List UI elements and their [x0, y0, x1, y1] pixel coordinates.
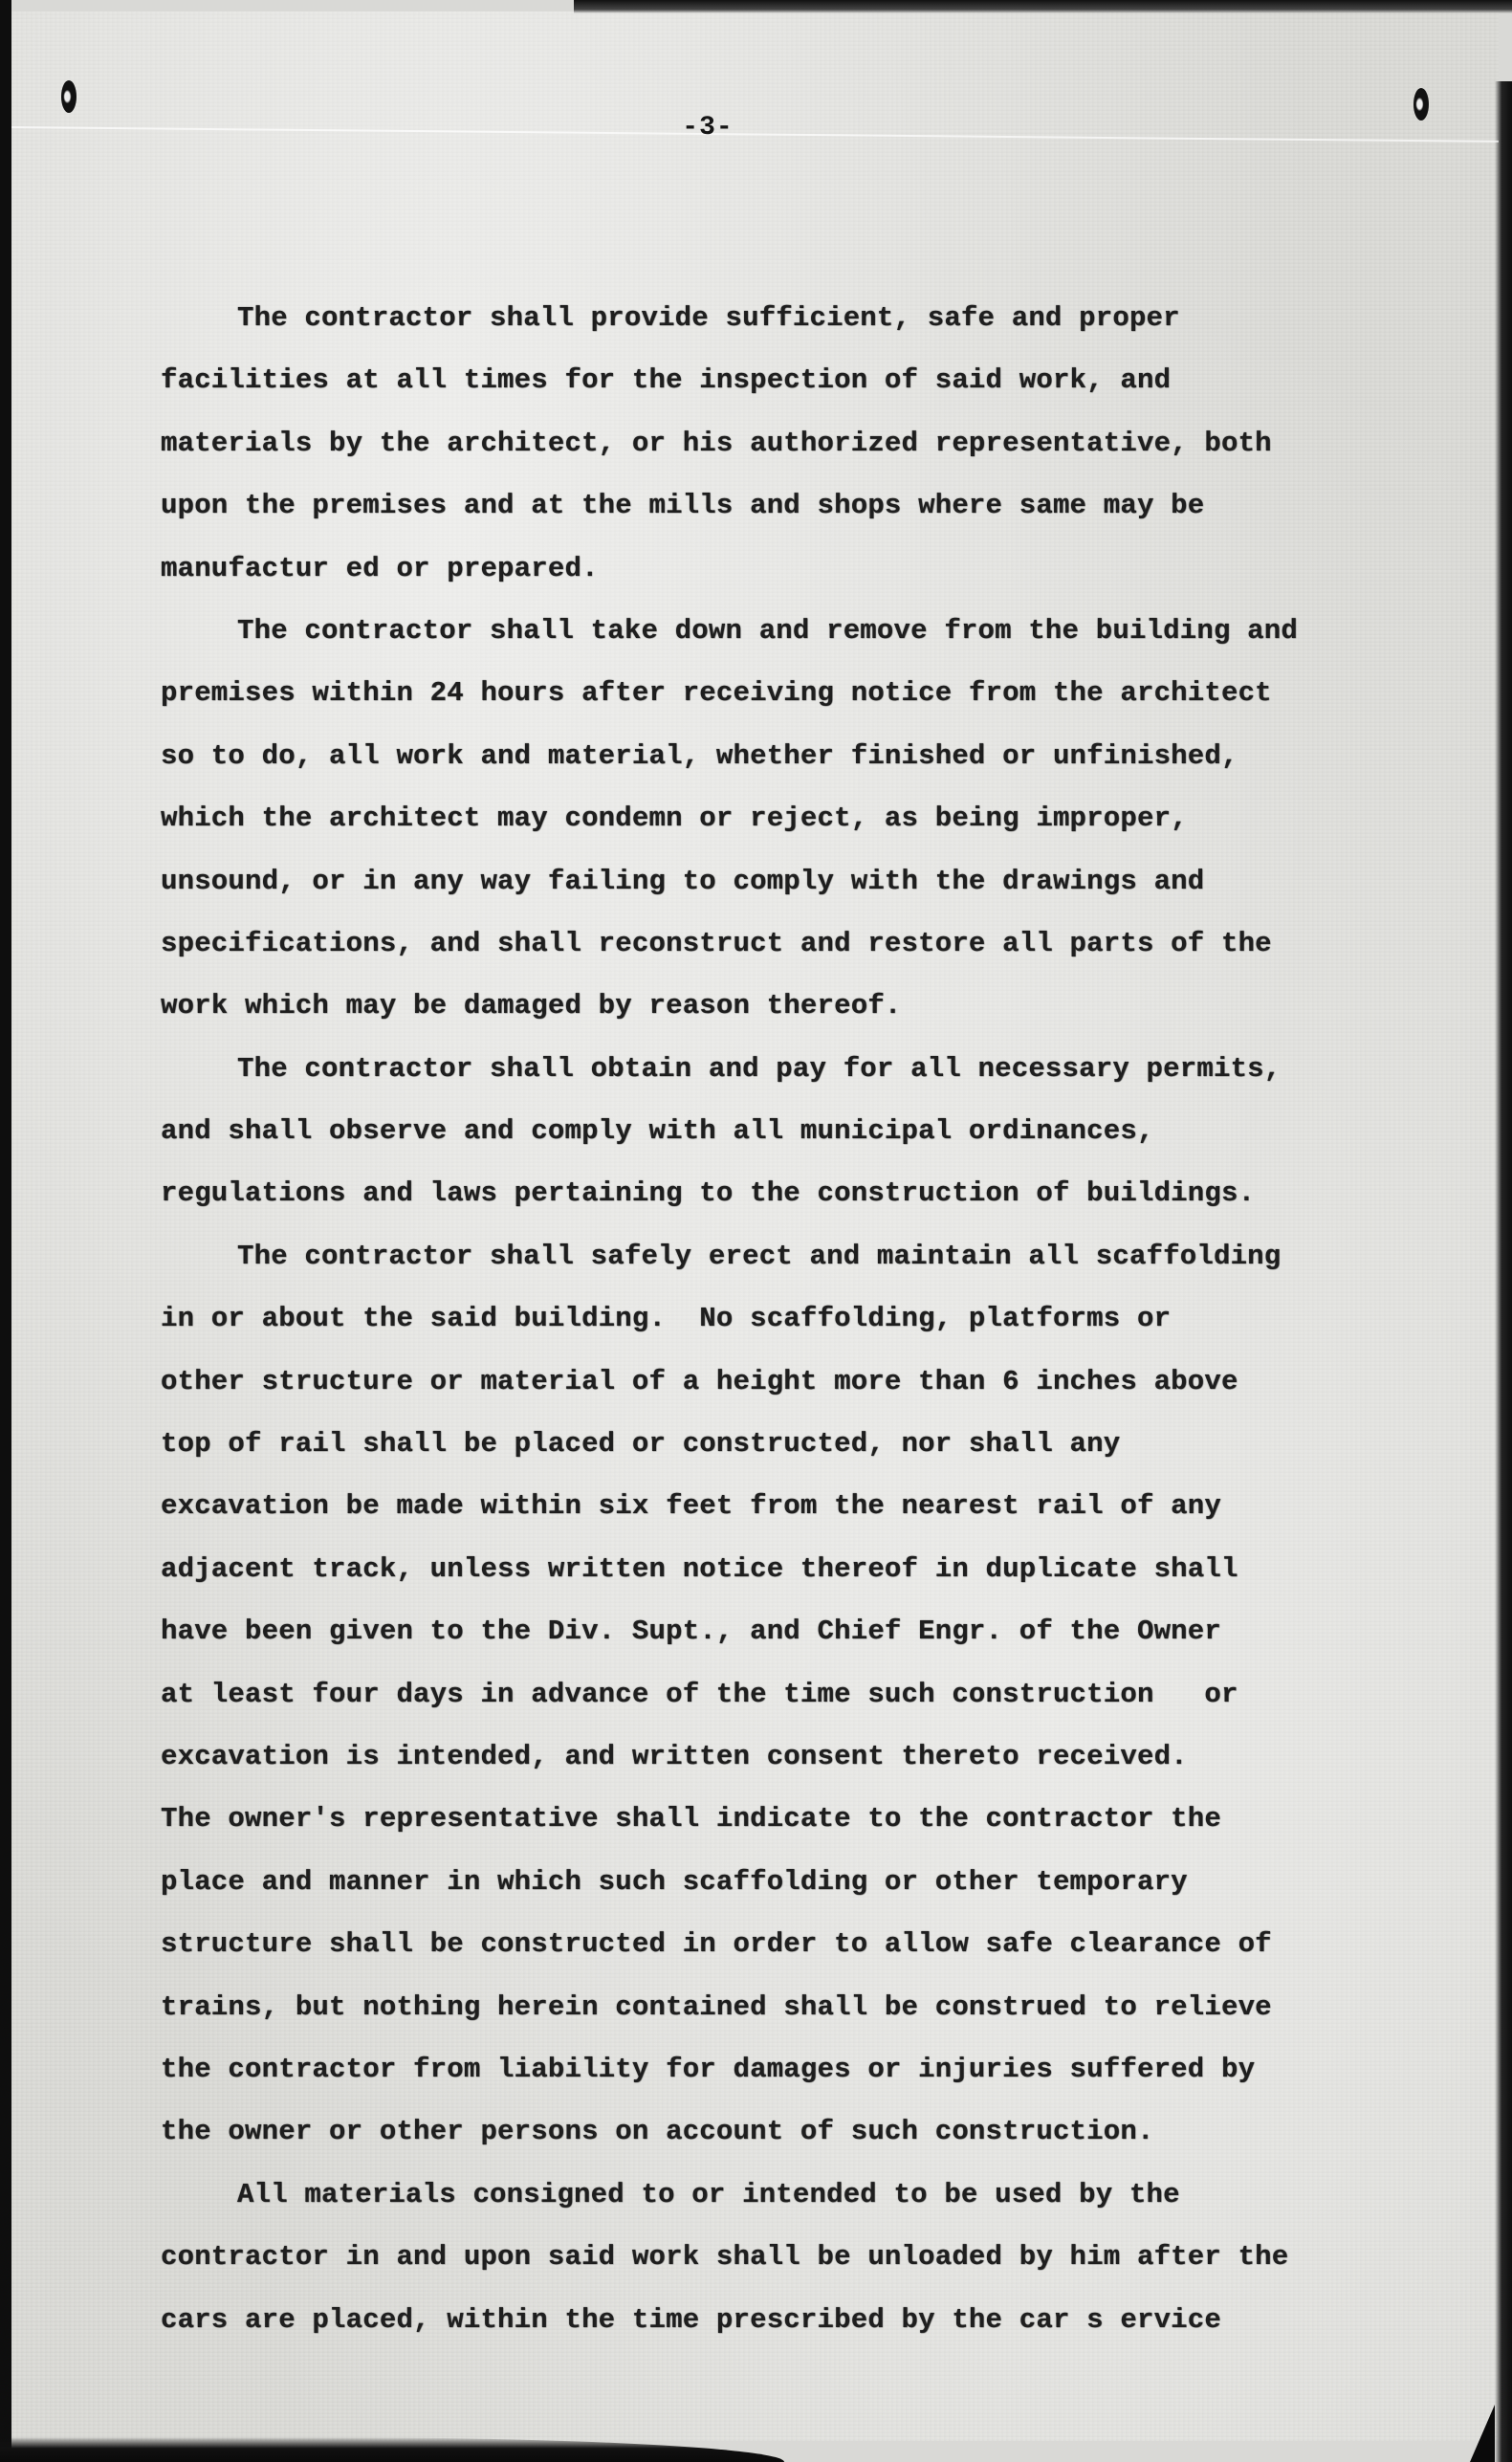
text-line: contractor in and upon said work shall b…	[161, 2226, 1461, 2288]
scan-border-left	[0, 0, 11, 2462]
text-line: materials by the architect, or his autho…	[161, 412, 1461, 474]
text-line: The contractor shall provide sufficient,…	[161, 287, 1461, 349]
text-line: place and manner in which such scaffoldi…	[161, 1851, 1461, 1913]
text-line: at least four days in advance of the tim…	[161, 1663, 1461, 1726]
scan-border-right	[1495, 81, 1512, 2462]
text-line: The owner's representative shall indicat…	[161, 1788, 1461, 1850]
text-line: top of rail shall be placed or construct…	[161, 1413, 1461, 1475]
text-line: the contractor from liability for damage…	[161, 2038, 1461, 2100]
text-line: have been given to the Div. Supt., and C…	[161, 1600, 1461, 1662]
text-line: other structure or material of a height …	[161, 1351, 1461, 1413]
typewritten-body: The contractor shall provide sufficient,…	[161, 287, 1461, 2351]
scanned-document: -3- The contractor shall provide suffici…	[0, 0, 1512, 2462]
text-line: structure shall be constructed in order …	[161, 1913, 1461, 1975]
punch-hole-left-icon	[61, 80, 77, 113]
text-line: upon the premises and at the mills and s…	[161, 474, 1461, 537]
scan-border-top	[574, 0, 1512, 13]
punch-hole-right-icon	[1413, 88, 1429, 121]
paragraph: The contractor shall obtain and pay for …	[161, 1038, 1461, 1225]
text-line: facilities at all times for the inspecti…	[161, 349, 1461, 411]
text-line: which the architect may condemn or rejec…	[161, 787, 1461, 849]
text-line: premises within 24 hours after receiving…	[161, 662, 1461, 724]
page-number: -3-	[660, 113, 756, 143]
paragraph: The contractor shall take down and remov…	[161, 600, 1461, 1038]
paragraph: All materials consigned to or intended t…	[161, 2164, 1461, 2351]
text-line: in or about the said building. No scaffo…	[161, 1287, 1461, 1350]
text-line: unsound, or in any way failing to comply…	[161, 850, 1461, 912]
text-line: excavation be made within six feet from …	[161, 1475, 1461, 1537]
paragraph: The contractor shall safely erect and ma…	[161, 1225, 1461, 2164]
text-line: The contractor shall obtain and pay for …	[161, 1038, 1461, 1100]
text-line: The contractor shall take down and remov…	[161, 600, 1461, 662]
text-line: manufactur ed or prepared.	[161, 538, 1461, 600]
text-line: so to do, all work and material, whether…	[161, 725, 1461, 787]
paragraph: The contractor shall provide sufficient,…	[161, 287, 1461, 600]
scan-corner-bottom-right	[1470, 2405, 1495, 2462]
text-line: All materials consigned to or intended t…	[161, 2164, 1461, 2226]
text-line: the owner or other persons on account of…	[161, 2100, 1461, 2163]
text-line: trains, but nothing herein contained sha…	[161, 1976, 1461, 2038]
text-line: The contractor shall safely erect and ma…	[161, 1225, 1461, 1287]
text-line: and shall observe and comply with all mu…	[161, 1100, 1461, 1162]
text-line: excavation is intended, and written cons…	[161, 1726, 1461, 1788]
text-line: specifications, and shall reconstruct an…	[161, 912, 1461, 975]
text-line: cars are placed, within the time prescri…	[161, 2289, 1461, 2351]
text-line: regulations and laws pertaining to the c…	[161, 1162, 1461, 1224]
text-line: adjacent track, unless written notice th…	[161, 1538, 1461, 1600]
text-line: work which may be damaged by reason ther…	[161, 975, 1461, 1037]
